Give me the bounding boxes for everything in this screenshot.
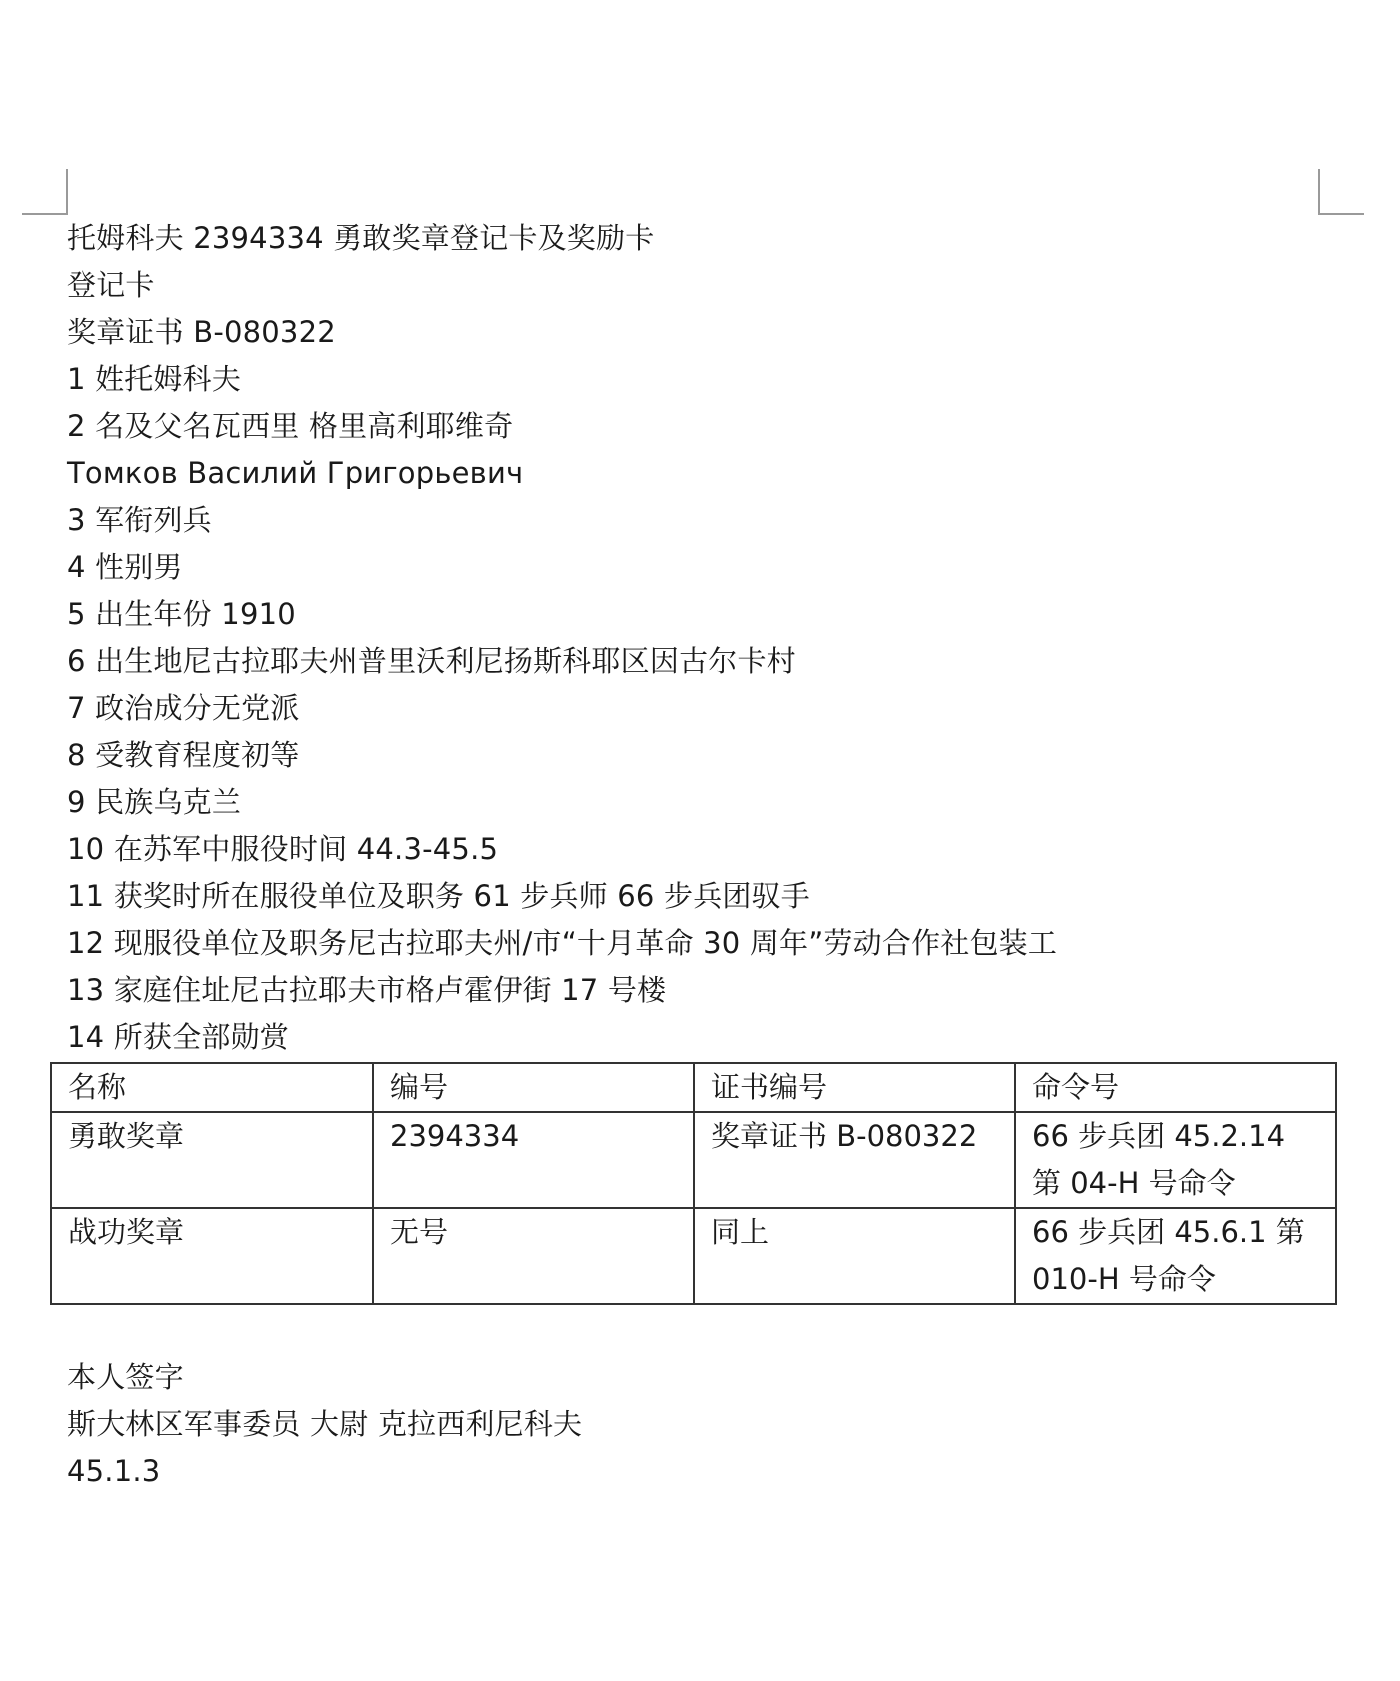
field-education: 8 受教育程度初等 (67, 732, 1347, 779)
field-given-name: 2 名及父名瓦西里 格里高利耶维奇 (67, 403, 1347, 450)
header-order: 命令号 (1015, 1063, 1336, 1112)
signature-block: 本人签字 斯大林区军事委员 大尉 克拉西利尼科夫 45.1.3 (67, 1354, 582, 1495)
document-subtitle: 登记卡 (67, 262, 1347, 309)
document-title: 托姆科夫 2394334 勇敢奖章登记卡及奖励卡 (67, 215, 1347, 262)
signature-signer: 斯大林区军事委员 大尉 克拉西利尼科夫 (67, 1401, 582, 1448)
field-current-unit: 12 现服役单位及职务尼古拉耶夫州/市“十月革命 30 周年”劳动合作社包装工 (67, 920, 1347, 967)
header-name: 名称 (51, 1063, 373, 1112)
field-surname: 1 姓托姆科夫 (67, 356, 1347, 403)
field-all-awards: 14 所获全部勋赏 (67, 1014, 1347, 1061)
field-birthplace: 6 出生地尼古拉耶夫州普里沃利尼扬斯科耶区因古尔卡村 (67, 638, 1347, 685)
page-corner-mark-right (1318, 169, 1364, 215)
field-service-period: 10 在苏军中服役时间 44.3-45.5 (67, 826, 1347, 873)
field-party: 7 政治成分无党派 (67, 685, 1347, 732)
cell-award-number: 无号 (373, 1208, 694, 1304)
header-certificate: 证书编号 (694, 1063, 1015, 1112)
cell-certificate: 奖章证书 B-080322 (694, 1112, 1015, 1208)
signature-label: 本人签字 (67, 1354, 582, 1401)
cell-award-name: 勇敢奖章 (51, 1112, 373, 1208)
field-unit-at-award: 11 获奖时所在服役单位及职务 61 步兵师 66 步兵团驭手 (67, 873, 1347, 920)
signature-date: 45.1.3 (67, 1448, 582, 1495)
field-home-address: 13 家庭住址尼古拉耶夫市格卢霍伊街 17 号楼 (67, 967, 1347, 1014)
page-corner-mark-left (22, 169, 68, 215)
awards-table: 名称 编号 证书编号 命令号 勇敢奖章 2394334 奖章证书 B-08032… (50, 1062, 1337, 1305)
cell-award-name: 战功奖章 (51, 1208, 373, 1304)
field-sex: 4 性别男 (67, 544, 1347, 591)
cell-certificate: 同上 (694, 1208, 1015, 1304)
cell-award-number: 2394334 (373, 1112, 694, 1208)
table-row: 勇敢奖章 2394334 奖章证书 B-080322 66 步兵团 45.2.1… (51, 1112, 1336, 1208)
header-number: 编号 (373, 1063, 694, 1112)
document-body: 托姆科夫 2394334 勇敢奖章登记卡及奖励卡 登记卡 奖章证书 B-0803… (67, 215, 1347, 1061)
table-row: 战功奖章 无号 同上 66 步兵团 45.6.1 第 010-H 号命令 (51, 1208, 1336, 1304)
table-header-row: 名称 编号 证书编号 命令号 (51, 1063, 1336, 1112)
field-rank: 3 军衔列兵 (67, 497, 1347, 544)
field-russian-name: Томков Василий Григорьевич (67, 450, 1347, 497)
cell-order: 66 步兵团 45.6.1 第 010-H 号命令 (1015, 1208, 1336, 1304)
field-nationality: 9 民族乌克兰 (67, 779, 1347, 826)
field-birth-year: 5 出生年份 1910 (67, 591, 1347, 638)
certificate-number: 奖章证书 B-080322 (67, 309, 1347, 356)
cell-order: 66 步兵团 45.2.14 第 04-H 号命令 (1015, 1112, 1336, 1208)
